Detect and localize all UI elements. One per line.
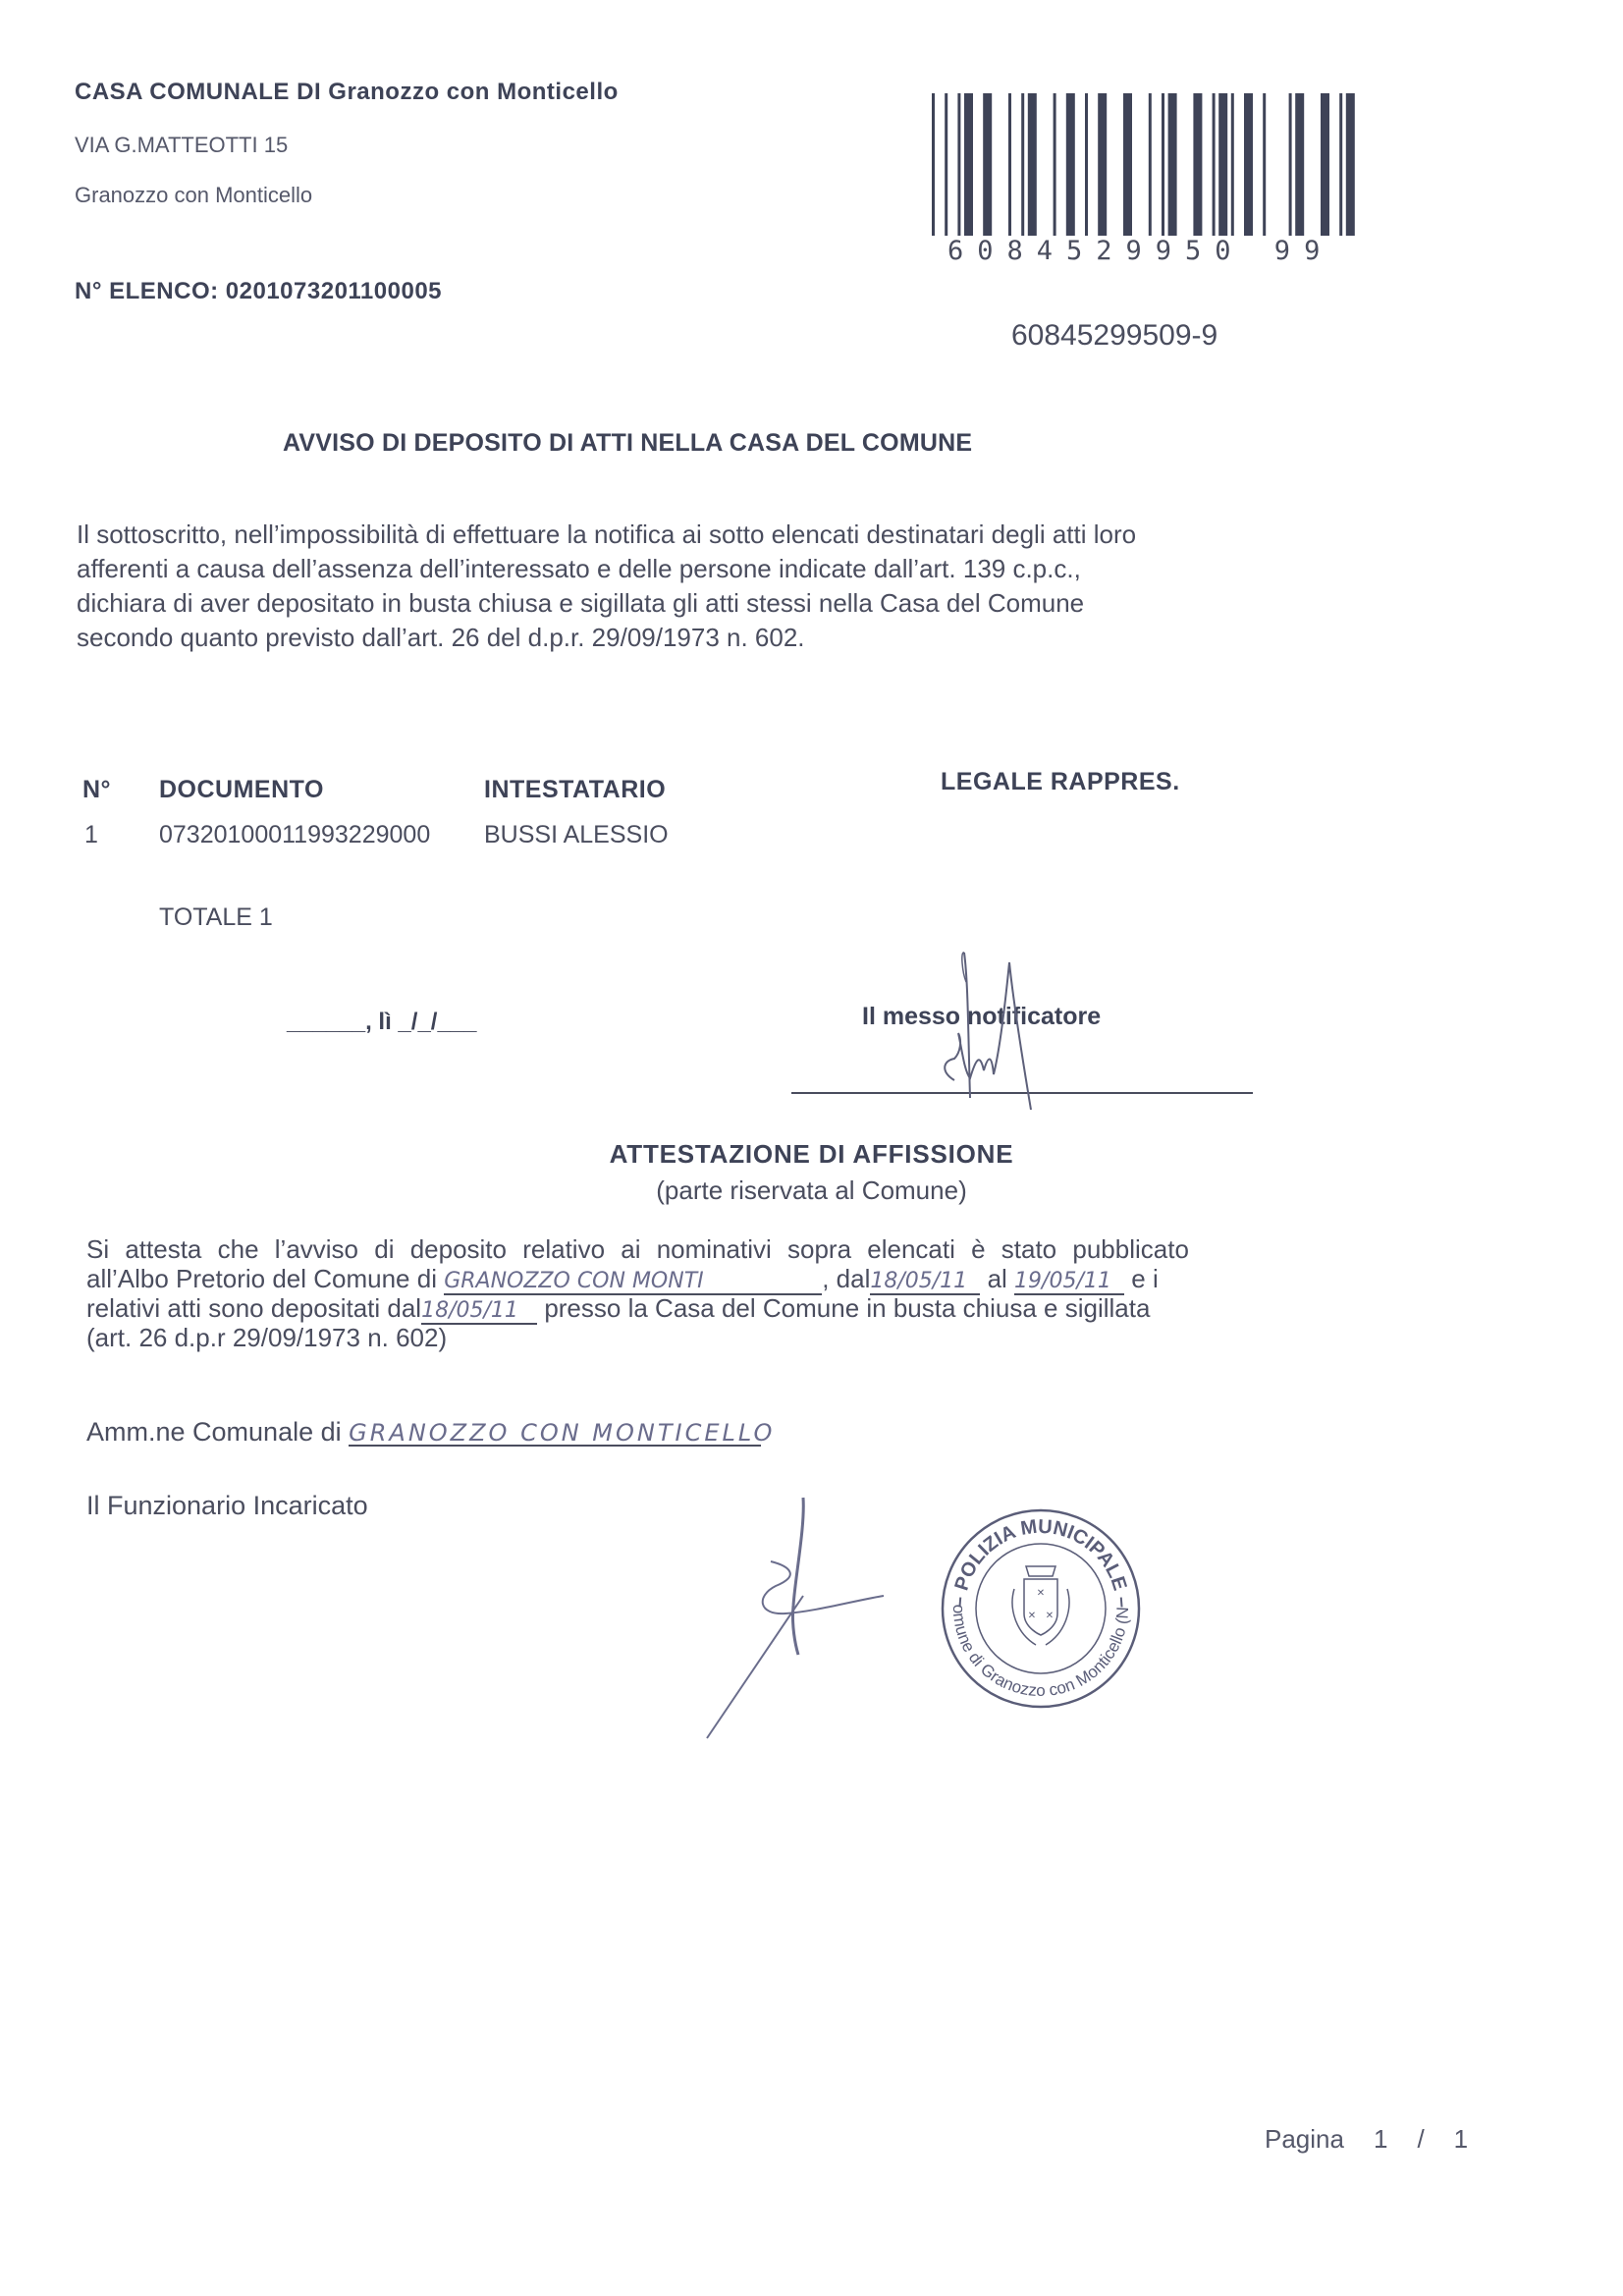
page-separator: / [1417,2124,1424,2154]
intro-line: afferenti a causa dell’assenza dell’inte… [77,552,1324,586]
elenco-label: N° ELENCO: [75,278,219,304]
depositati-date-field: 18/05/11 [421,1299,537,1325]
presso-text: presso la Casa del Comune in busta chius… [537,1293,1150,1323]
attestazione-subtitle: (parte riservata al Comune) [0,1175,1623,1206]
barcode [928,93,1306,236]
page-current: 1 [1374,2124,1387,2154]
attestazione-line: Si attesta che l’avviso di deposito rela… [86,1234,1373,1264]
intro-line: secondo quanto previsto dall’art. 26 del… [77,621,1324,655]
cell-documento: 07320100011993229000 [159,821,430,849]
svg-text:✕: ✕ [1037,1588,1045,1599]
col-header-intestatario: INTESTATARIO [484,776,666,804]
attestazione-line: all’Albo Pretorio del Comune di GRANOZZO… [86,1264,1373,1293]
svg-text:✕: ✕ [1046,1611,1054,1621]
attestazione-line: relativi atti sono depositati dal18/05/1… [86,1293,1373,1323]
barcode-digits: 6084529950 99 [947,236,1333,266]
office-city: Granozzo con Monticello [75,183,312,208]
elenco-value: 0201073201100005 [226,278,442,304]
col-header-n: N° [82,776,111,804]
amm-label: Amm.ne Comunale di [86,1417,349,1447]
svg-text:✕: ✕ [1028,1611,1036,1621]
cell-intestatario: BUSSI ALESSIO [484,821,669,849]
page-indicator: Pagina1/1 [1265,2124,1468,2155]
dal-label: , dal [822,1264,870,1293]
amm-comune-field: GRANOZZO CON MONTICELLO [349,1421,761,1447]
barcode-number: 60845299509-9 [1011,319,1217,353]
albo-text: all’Albo Pretorio del Comune di [86,1264,444,1293]
col-header-documento: DOCUMENTO [159,776,324,804]
messo-signature [884,943,1060,1120]
intro-line: Il sottoscritto, nell’impossibilità di e… [77,518,1324,552]
cell-n: 1 [84,821,98,849]
al-date-field: 19/05/11 [1014,1270,1124,1295]
comune-field: GRANOZZO CON MONTI [444,1270,822,1295]
crown-icon [1026,1566,1055,1576]
attestazione-paragraph: Si attesta che l’avviso di deposito rela… [86,1234,1373,1352]
intro-paragraph: Il sottoscritto, nell’impossibilità di e… [77,518,1324,655]
page-label: Pagina [1265,2124,1344,2154]
office-address: VIA G.MATTEOTTI 15 [75,133,288,158]
intro-line: dichiara di aver depositato in busta chi… [77,586,1324,621]
dal-date-field: 18/05/11 [870,1270,980,1295]
col-header-legale: LEGALE RAPPRES. [941,768,1180,796]
document-title: AVVISO DI DEPOSITO DI ATTI NELLA CASA DE… [283,429,972,458]
depositati-text: relativi atti sono depositati dal [86,1293,421,1323]
attestazione-title: ATTESTAZIONE DI AFFISSIONE [0,1139,1623,1170]
place-date-field: ______, lì _/_/___ [287,1009,477,1036]
polizia-municipale-stamp: – POLIZIA MUNICIPALE – Comune di Granozz… [938,1505,1144,1712]
amministrazione-field: Amm.ne Comunale di GRANOZZO CON MONTICEL… [86,1417,761,1448]
totale: TOTALE 1 [159,903,273,932]
office-title: CASA COMUNALE DI Granozzo con Monticello [75,79,619,106]
funzionario-signature [677,1488,893,1743]
elenco-number: N° ELENCO: 0201073201100005 [75,278,442,305]
page-total: 1 [1454,2124,1468,2154]
funzionario-label: Il Funzionario Incaricato [86,1491,368,1521]
ei-text: e i [1124,1264,1159,1293]
al-label: al [980,1264,1014,1293]
attestazione-line: (art. 26 d.p.r 29/09/1973 n. 602) [86,1323,1373,1352]
